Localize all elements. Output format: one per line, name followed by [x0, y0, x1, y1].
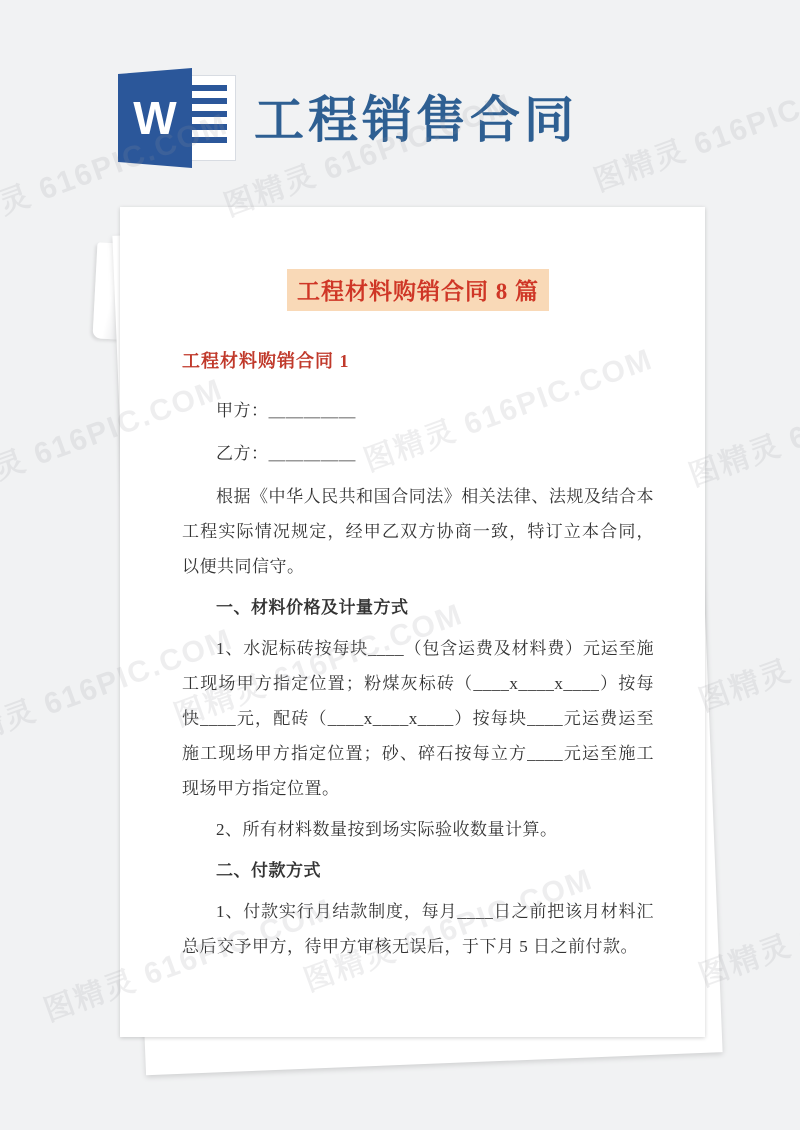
section-heading: 二、付款方式 [182, 853, 654, 888]
word-icon-text-line [191, 98, 227, 104]
header: W 工程销售合同 [0, 0, 800, 200]
paragraph: 1、水泥标砖按每块____（包含运费及材料费）元运至施工现场甲方指定位置；粉煤灰… [182, 631, 654, 806]
word-icon: W [118, 68, 238, 168]
paragraph: 根据《中华人民共和国合同法》相关法律、法规及结合本工程实际情况规定，经甲乙双方协… [182, 479, 654, 584]
document-body: 甲方：＿＿＿＿＿乙方：＿＿＿＿＿根据《中华人民共和国合同法》相关法律、法规及结合… [182, 393, 654, 964]
word-icon-text-line [191, 137, 227, 143]
paragraph: 甲方：＿＿＿＿＿ [182, 393, 654, 428]
page-background: 图精灵 616PIC.COM图精灵 616PIC.COM图精灵 616PIC.C… [0, 0, 800, 1130]
paragraph: 1、付款实行月结款制度，每月____日之前把该月材料汇总后交予甲方，待甲方审核无… [182, 894, 654, 964]
section-heading: 一、材料价格及计量方式 [182, 590, 654, 625]
paragraph: 乙方：＿＿＿＿＿ [182, 436, 654, 471]
word-icon-text-line [191, 111, 227, 117]
page-title: 工程销售合同 [254, 80, 578, 152]
document-title-row: 工程材料购销合同 8 篇 [182, 269, 654, 311]
document-page: 工程材料购销合同 8 篇 工程材料购销合同 1 甲方：＿＿＿＿＿乙方：＿＿＿＿＿… [120, 207, 705, 1037]
paragraph: 2、所有材料数量按到场实际验收数量计算。 [182, 812, 654, 847]
document-title: 工程材料购销合同 8 篇 [287, 269, 549, 311]
document-subtitle: 工程材料购销合同 1 [182, 347, 654, 373]
word-icon-text-line [191, 124, 227, 130]
word-icon-letter: W [118, 68, 192, 168]
word-icon-text-line [191, 85, 227, 91]
